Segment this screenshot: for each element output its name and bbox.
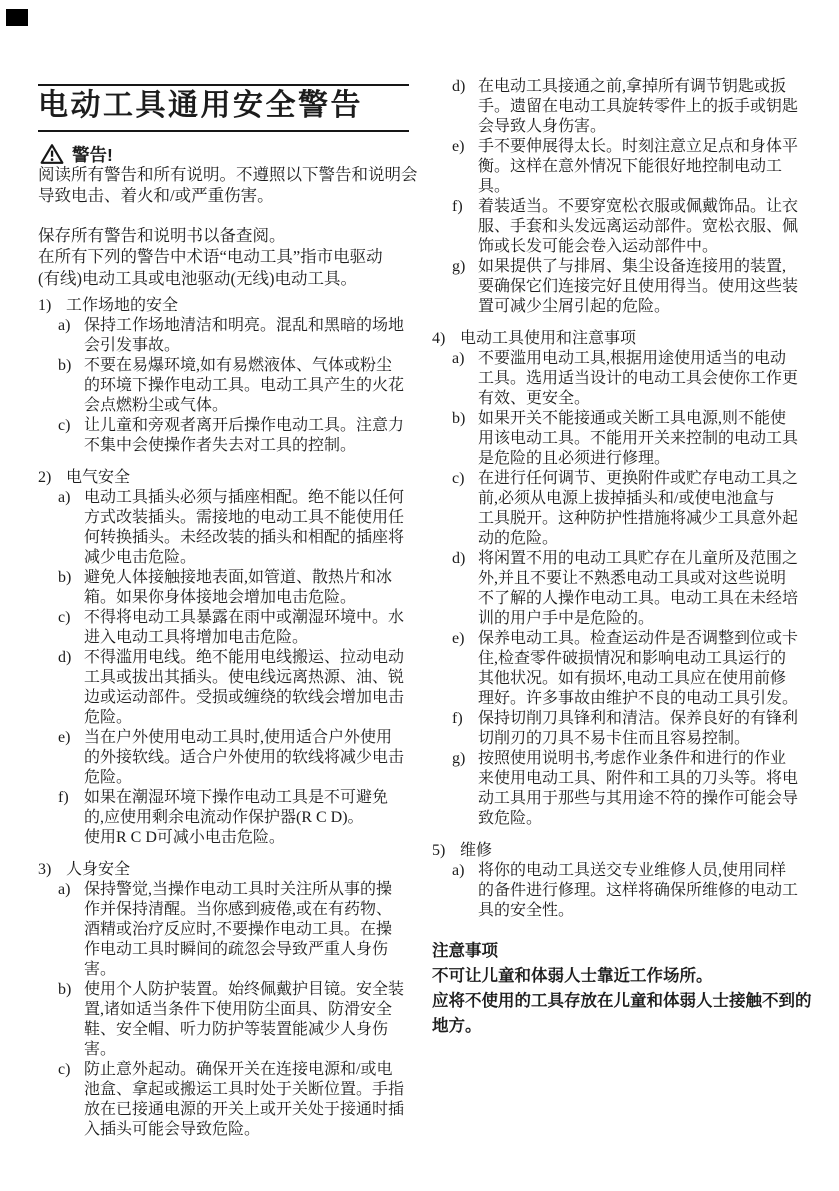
item-letter: d) [58, 648, 84, 728]
item-letter: c) [58, 416, 84, 456]
list-item: a)保持警觉,当操作电动工具时关注所从事的操 作并保持清醒。当你感到疲倦,或在有… [38, 880, 409, 980]
item-text: 防止意外起动。确保开关在连接电源和/或电 池盒、拿起或搬运工具时处于关断位置。手… [84, 1060, 409, 1140]
list-item: c)不得将电动工具暴露在雨中或潮湿环境中。水 进入电动工具将增加电击危险。 [38, 608, 409, 648]
item-text: 不得滥用电线。绝不能用电线搬运、拉动电动 工具或拔出其插头。使电线远离热源、油、… [84, 648, 409, 728]
section-number: 1) [38, 296, 66, 316]
list-item: a)将你的电动工具送交专业维修人员,使用同样 的备件进行修理。这样将确保所维修的… [432, 861, 808, 921]
item-text: 不要滥用电动工具,根据用途使用适当的电动 工具。选用适当设计的电动工具会使你工作… [478, 349, 808, 409]
warning-label: 警告! [72, 142, 113, 167]
section-title: 电气安全 [66, 468, 409, 488]
item-text: 将闲置不用的电动工具贮存在儿童所及范围之 外,并且不要让不熟悉电动工具或对这些说… [478, 549, 808, 629]
item-letter: f) [452, 709, 478, 749]
item-text: 当在户外使用电动工具时,使用适合户外使用 的外接软线。适合户外使用的软线将减少电… [84, 728, 409, 788]
item-letter: e) [452, 137, 478, 197]
list-item: c)让儿童和旁观者离开后操作电动工具。注意力 不集中会使操作者失去对工具的控制。 [38, 416, 409, 456]
notice-line: 注意事项 [432, 939, 808, 964]
list-item: e)保养电动工具。检查运动件是否调整到位或卡 住,检查零件破损情况和影响电动工具… [432, 629, 808, 709]
item-text: 保养电动工具。检查运动件是否调整到位或卡 住,检查零件破损情况和影响电动工具运行… [478, 629, 808, 709]
item-text: 如果在潮湿环境下操作电动工具是不可避免 的,应使用剩余电流动作保护器(R C D… [84, 788, 409, 848]
list-item: g)如果提供了与排屑、集尘设备连接用的装置, 要确保它们连接完好且使用得当。使用… [432, 257, 808, 317]
item-text: 保持警觉,当操作电动工具时关注所从事的操 作并保持清醒。当你感到疲倦,或在有药物… [84, 880, 409, 980]
section-number: 2) [38, 468, 66, 488]
section-heading: 5)维修 [432, 841, 808, 861]
page-title: 电动工具通用安全警告 [38, 86, 363, 126]
list-item: d)不得滥用电线。绝不能用电线搬运、拉动电动 工具或拔出其插头。使电线远离热源、… [38, 648, 409, 728]
section-heading: 1)工作场地的安全 [38, 296, 409, 316]
title-rule-bottom [38, 130, 409, 132]
item-letter: b) [58, 568, 84, 608]
item-text: 如果提供了与排屑、集尘设备连接用的装置, 要确保它们连接完好且使用得当。使用这些… [478, 257, 808, 317]
item-letter: d) [452, 549, 478, 629]
section-title: 维修 [460, 841, 808, 861]
item-letter: c) [452, 469, 478, 549]
list-item: e)手不要伸展得太长。时刻注意立足点和身体平 衡。这样在意外情况下能很好地控制电… [432, 137, 808, 197]
item-letter: b) [452, 409, 478, 469]
list-item: b)使用个人防护装置。始终佩戴护目镜。安全装 置,诸如适当条件下使用防尘面具、防… [38, 980, 409, 1060]
item-text: 在电动工具接通之前,拿掉所有调节钥匙或扳 手。遗留在电动工具旋转零件上的扳手或钥… [478, 77, 808, 137]
item-letter: c) [58, 608, 84, 648]
list-item: e)当在户外使用电动工具时,使用适合户外使用 的外接软线。适合户外使用的软线将减… [38, 728, 409, 788]
item-letter: a) [452, 861, 478, 921]
section-title: 人身安全 [66, 860, 409, 880]
warning-intro-text: 阅读所有警告和所有说明。不遵照以下警告和说明会 导致电击、着火和/或严重伤害。 [38, 164, 418, 206]
item-letter: g) [452, 257, 478, 317]
warning-heading: 警告! [40, 142, 113, 166]
list-item: a)保持工作场地清洁和明亮。混乱和黑暗的场地 会引发事故。 [38, 316, 409, 356]
list-item: d)将闲置不用的电动工具贮存在儿童所及范围之 外,并且不要让不熟悉电动工具或对这… [432, 549, 808, 629]
corner-print-mark [6, 9, 28, 26]
right-column-list: d)在电动工具接通之前,拿掉所有调节钥匙或扳 手。遗留在电动工具旋转零件上的扳手… [432, 77, 808, 1039]
section-number: 4) [432, 329, 460, 349]
list-item: g)按照使用说明书,考虑作业条件和进行的作业 来使用电动工具、附件和工具的刀头等… [432, 749, 808, 829]
list-item: c)防止意外起动。确保开关在连接电源和/或电 池盒、拿起或搬运工具时处于关断位置… [38, 1060, 409, 1140]
list-item: a)电动工具插头必须与插座相配。绝不能以任何 方式改装插头。需接地的电动工具不能… [38, 488, 409, 568]
list-item: f)如果在潮湿环境下操作电动工具是不可避免 的,应使用剩余电流动作保护器(R C… [38, 788, 409, 848]
list-item: a)不要滥用电动工具,根据用途使用适当的电动 工具。选用适当设计的电动工具会使你… [432, 349, 808, 409]
notice-line: 应将不使用的工具存放在儿童和体弱人士接触不到的 地方。 [432, 989, 808, 1039]
item-text: 让儿童和旁观者离开后操作电动工具。注意力 不集中会使操作者失去对工具的控制。 [84, 416, 409, 456]
item-letter: f) [58, 788, 84, 848]
document-page: 电动工具通用安全警告 警告! 阅读所有警告和所有说明。不遵照以下警告和说明会 导… [0, 0, 839, 1191]
list-item: b)如果开关不能接通或关断工具电源,则不能使 用该电动工具。不能用开关来控制的电… [432, 409, 808, 469]
section-title: 工作场地的安全 [66, 296, 409, 316]
item-letter: a) [58, 880, 84, 980]
section-heading: 2)电气安全 [38, 468, 409, 488]
item-text: 着装适当。不要穿宽松衣服或佩戴饰品。让衣 服、手套和头发远离运动部件。宽松衣服、… [478, 197, 808, 257]
item-text: 不要在易爆环境,如有易燃液体、气体或粉尘 的环境下操作电动工具。电动工具产生的火… [84, 356, 409, 416]
item-letter: a) [452, 349, 478, 409]
item-letter: f) [452, 197, 478, 257]
item-text: 电动工具插头必须与插座相配。绝不能以任何 方式改装插头。需接地的电动工具不能使用… [84, 488, 409, 568]
item-text: 不得将电动工具暴露在雨中或潮湿环境中。水 进入电动工具将增加电击危险。 [84, 608, 409, 648]
warning-triangle-icon [40, 143, 64, 165]
item-text: 如果开关不能接通或关断工具电源,则不能使 用该电动工具。不能用开关来控制的电动工… [478, 409, 808, 469]
item-text: 保持切削刀具锋利和清洁。保养良好的有锋利 切削刃的刀具不易卡住而且容易控制。 [478, 709, 808, 749]
item-text: 使用个人防护装置。始终佩戴护目镜。安全装 置,诸如适当条件下使用防尘面具、防滑安… [84, 980, 409, 1060]
item-letter: c) [58, 1060, 84, 1140]
item-letter: a) [58, 316, 84, 356]
item-letter: d) [452, 77, 478, 137]
list-item: b)避免人体接触接地表面,如管道、散热片和冰 箱。如果你身体接地会增加电击危险。 [38, 568, 409, 608]
list-item: b)不要在易爆环境,如有易燃液体、气体或粉尘 的环境下操作电动工具。电动工具产生… [38, 356, 409, 416]
notice-line: 不可让儿童和体弱人士靠近工作场所。 [432, 964, 808, 989]
item-text: 在进行任何调节、更换附件或贮存电动工具之 前,必须从电源上拔掉插头和/或使电池盒… [478, 469, 808, 549]
item-text: 手不要伸展得太长。时刻注意立足点和身体平 衡。这样在意外情况下能很好地控制电动工… [478, 137, 808, 197]
item-text: 将你的电动工具送交专业维修人员,使用同样 的备件进行修理。这样将确保所维修的电动… [478, 861, 808, 921]
list-item: c)在进行任何调节、更换附件或贮存电动工具之 前,必须从电源上拔掉插头和/或使电… [432, 469, 808, 549]
list-item: d)在电动工具接通之前,拿掉所有调节钥匙或扳 手。遗留在电动工具旋转零件上的扳手… [432, 77, 808, 137]
item-text: 保持工作场地清洁和明亮。混乱和黑暗的场地 会引发事故。 [84, 316, 409, 356]
item-letter: g) [452, 749, 478, 829]
left-column-list: 1)工作场地的安全a)保持工作场地清洁和明亮。混乱和黑暗的场地 会引发事故。b)… [38, 296, 409, 1140]
keep-instructions-note: 保存所有警告和说明书以备查阅。 [38, 225, 286, 246]
terminology-note: 在所有下列的警告中术语“电动工具”指市电驱动 (有线)电动工具或电池驱动(无线)… [38, 246, 383, 290]
section-number: 5) [432, 841, 460, 861]
item-letter: e) [452, 629, 478, 709]
section-heading: 4)电动工具使用和注意事项 [432, 329, 808, 349]
list-item: f)着装适当。不要穿宽松衣服或佩戴饰品。让衣 服、手套和头发远离运动部件。宽松衣… [432, 197, 808, 257]
list-item: f)保持切削刀具锋利和清洁。保养良好的有锋利 切削刃的刀具不易卡住而且容易控制。 [432, 709, 808, 749]
item-text: 按照使用说明书,考虑作业条件和进行的作业 来使用电动工具、附件和工具的刀头等。将… [478, 749, 808, 829]
section-heading: 3)人身安全 [38, 860, 409, 880]
item-letter: b) [58, 980, 84, 1060]
item-letter: e) [58, 728, 84, 788]
item-letter: a) [58, 488, 84, 568]
item-letter: b) [58, 356, 84, 416]
section-title: 电动工具使用和注意事项 [460, 329, 808, 349]
section-number: 3) [38, 860, 66, 880]
item-text: 避免人体接触接地表面,如管道、散热片和冰 箱。如果你身体接地会增加电击危险。 [84, 568, 409, 608]
